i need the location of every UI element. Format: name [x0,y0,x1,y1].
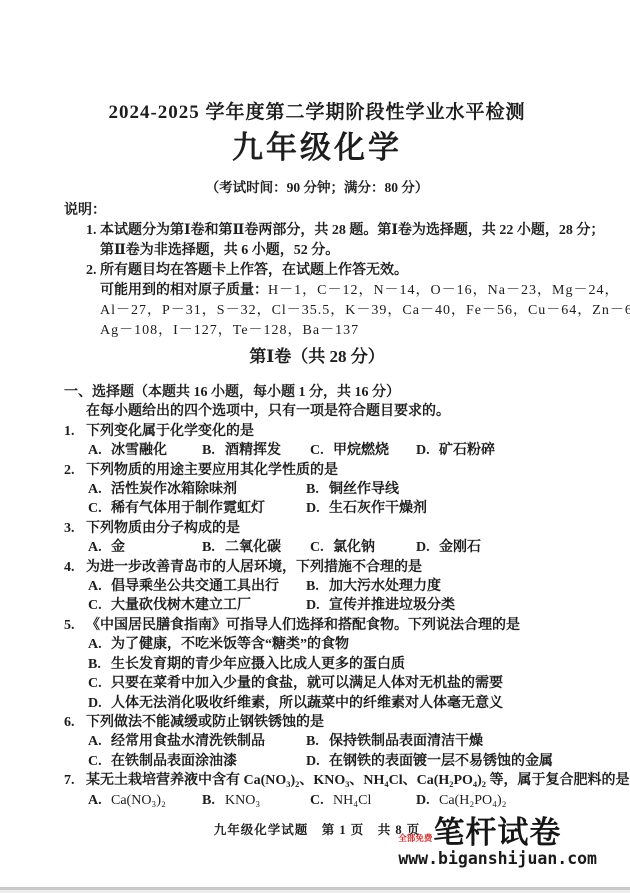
option-a: A.Ca(NO₃)₂ [88,791,202,810]
exam-paper-page: 2024-2025 学年度第二学期阶段性学业水平检测 九年级化学 （考试时间：9… [64,0,570,810]
atomic-mass-values-2: Al－27，P－31，S－32，Cl－35.5，K－39，Ca－40，Fe－56… [64,301,570,321]
instruction-item-1: 1. 本试题分为第Ⅰ卷和第Ⅱ卷两部分，共 28 题。第Ⅰ卷为选择题，共 22 小… [64,221,570,241]
question-5: 5. 《中国居民膳食指南》可指导人们选择和搭配食物。下列说法合理的是 A.为了健… [64,616,570,713]
exam-instructions: 说明： 1. 本试题分为第Ⅰ卷和第Ⅱ卷两部分，共 28 题。第Ⅰ卷为选择题，共 … [64,201,570,341]
exam-time-score-info: （考试时间：90 分钟；满分：80 分） [64,176,570,196]
question-text: 某无土栽培营养液中含有 Ca(NO₃)₂、KNO₃、NH₄Cl、Ca(H₂PO₄… [86,771,629,790]
option-b: B.酒精挥发 [202,441,310,460]
page-bottom-edge [0,886,630,893]
options-grid: A.经常用食盐水清洗铁制品 B.保持铁制品表面清洁干燥 C.在铁制品表面涂油漆 … [64,732,570,771]
question-2: 2. 下列物质的用途主要应用其化学性质的是 A.活性炭作冰箱除味剂 B.铜丝作导… [64,461,570,519]
options-row: A.Ca(NO₃)₂ B.KNO₃ C.NH₄Cl D.Ca(H₂PO₄)₂ [64,791,570,810]
option-d: D.Ca(H₂PO₄)₂ [416,791,570,810]
atomic-mass-values-1: H－1，C－12，N－14，O－16，Na－23，Mg－24， [268,283,619,298]
option-d: D.在钢铁的表面镀一层不易锈蚀的金属 [306,752,570,771]
option-a: A.冰雪融化 [88,441,202,460]
options-grid: A.活性炭作冰箱除味剂 B.铜丝作导线 C.稀有气体用于制作霓虹灯 D.生石灰作… [64,480,570,519]
instruction-number: 2. [86,261,100,281]
option-a: A.金 [88,538,202,557]
question-1: 1. 下列变化属于化学变化的是 A.冰雪融化 B.酒精挥发 C.甲烷燃烧 D.矿… [64,422,570,461]
option-d: D.生石灰作干燥剂 [306,499,570,518]
option-a: A.经常用食盐水清洗铁制品 [88,732,306,751]
watermark: 全部免费 笔杆试卷 www.biganshijuan.com [398,817,597,868]
option-c: C.只要在菜肴中加入少量的食盐，就可以满足人体对无机盐的需要 [88,674,570,693]
question-text: 下列物质的用途主要应用其化学性质的是 [86,461,338,480]
question-7: 7. 某无土栽培营养液中含有 Ca(NO₃)₂、KNO₃、NH₄Cl、Ca(H₂… [64,771,570,810]
instruction-text: 所有题目均在答题卡上作答，在试题上作答无效。 [100,261,408,281]
option-c: C.稀有气体用于制作霓虹灯 [88,499,306,518]
question-text: 为进一步改善青岛市的人居环境，下列措施不合理的是 [86,558,422,577]
instructions-label: 说明： [64,201,570,221]
options-row: A.金 B.二氧化碳 C.氯化钠 D.金刚石 [64,538,570,557]
option-b: B.KNO₃ [202,791,310,810]
question-number: 3. [64,519,86,538]
options-stack: A.为了健康，不吃米饭等含“糖类”的食物 B.生长发育期的青少年应摄入比成人更多… [64,635,570,713]
instruction-text: 本试题分为第Ⅰ卷和第Ⅱ卷两部分，共 28 题。第Ⅰ卷为选择题，共 22 小题，2… [100,221,604,241]
question-number: 1. [64,422,86,441]
option-a: A.活性炭作冰箱除味剂 [88,480,306,499]
question-3: 3. 下列物质由分子构成的是 A.金 B.二氧化碳 C.氯化钠 D.金刚石 [64,519,570,558]
question-text: 《中国居民膳食指南》可指导人们选择和搭配食物。下列说法合理的是 [86,616,520,635]
option-c: C.在铁制品表面涂油漆 [88,752,306,771]
question-text: 下列做法不能减缓或防止钢铁锈蚀的是 [86,713,324,732]
option-c: C.大量砍伐树木建立工厂 [88,596,306,615]
question-text: 下列变化属于化学变化的是 [86,422,254,441]
instruction-item-2: 2. 所有题目均在答题卡上作答，在试题上作答无效。 [64,261,570,281]
mcq-section-subheading: 在每小题给出的四个选项中，只有一项是符合题目要求的。 [64,402,570,421]
instruction-item-1-continued: 第Ⅱ卷为非选择题，共 6 小题，52 分。 [64,241,570,261]
option-d: D.宣传并推进垃圾分类 [306,596,570,615]
section-1-heading: 第Ⅰ卷（共 28 分） [64,347,570,367]
option-c: C.氯化钠 [310,538,416,557]
option-d: D.矿石粉碎 [416,441,570,460]
option-b: B.生长发育期的青少年应摄入比成人更多的蛋白质 [88,655,570,674]
atomic-mass-intro: 可能用到的相对原子质量：H－1，C－12，N－14，O－16，Na－23，Mg－… [64,281,570,301]
question-number: 7. [64,771,86,790]
options-row: A.冰雪融化 B.酒精挥发 C.甲烷燃烧 D.矿石粉碎 [64,441,570,460]
option-a: A.倡导乘坐公共交通工具出行 [88,577,306,596]
question-text: 下列物质由分子构成的是 [86,519,240,538]
option-c: C.甲烷燃烧 [310,441,416,460]
question-number: 2. [64,461,86,480]
atomic-mass-label: 可能用到的相对原子质量： [100,283,268,298]
mcq-section-heading: 一、选择题（本题共 16 小题，每小题 1 分，共 16 分） [64,383,570,402]
question-number: 6. [64,713,86,732]
option-d: D.金刚石 [416,538,570,557]
exam-session-title: 2024-2025 学年度第二学期阶段性学业水平检测 [64,97,570,124]
options-grid: A.倡导乘坐公共交通工具出行 B.加大污水处理力度 C.大量砍伐树木建立工厂 D… [64,577,570,616]
option-d: D.人体无法消化吸收纤维素，所以蔬菜中的纤维素对人体毫无意义 [88,694,570,713]
option-c: C.NH₄Cl [310,791,416,810]
option-b: B.加大污水处理力度 [306,577,570,596]
multiple-choice-section: 一、选择题（本题共 16 小题，每小题 1 分，共 16 分） 在每小题给出的四… [64,383,570,810]
watermark-url: www.biganshijuan.com [398,849,597,868]
question-number: 4. [64,558,86,577]
subject-title: 九年级化学 [64,129,570,167]
question-4: 4. 为进一步改善青岛市的人居环境，下列措施不合理的是 A.倡导乘坐公共交通工具… [64,558,570,616]
option-b: B.二氧化碳 [202,538,310,557]
option-b: B.保持铁制品表面清洁干燥 [306,732,570,751]
question-6: 6. 下列做法不能减缓或防止钢铁锈蚀的是 A.经常用食盐水清洗铁制品 B.保持铁… [64,713,570,771]
watermark-free-badge: 全部免费 [398,834,432,843]
atomic-mass-values-3: Ag－108，I－127，Te－128，Ba－137 [64,321,570,341]
option-b: B.铜丝作导线 [306,480,570,499]
question-number: 5. [64,616,86,635]
instruction-number: 1. [86,221,100,241]
option-a: A.为了健康，不吃米饭等含“糖类”的食物 [88,635,570,654]
watermark-brand: 笔杆试卷 [433,817,561,848]
